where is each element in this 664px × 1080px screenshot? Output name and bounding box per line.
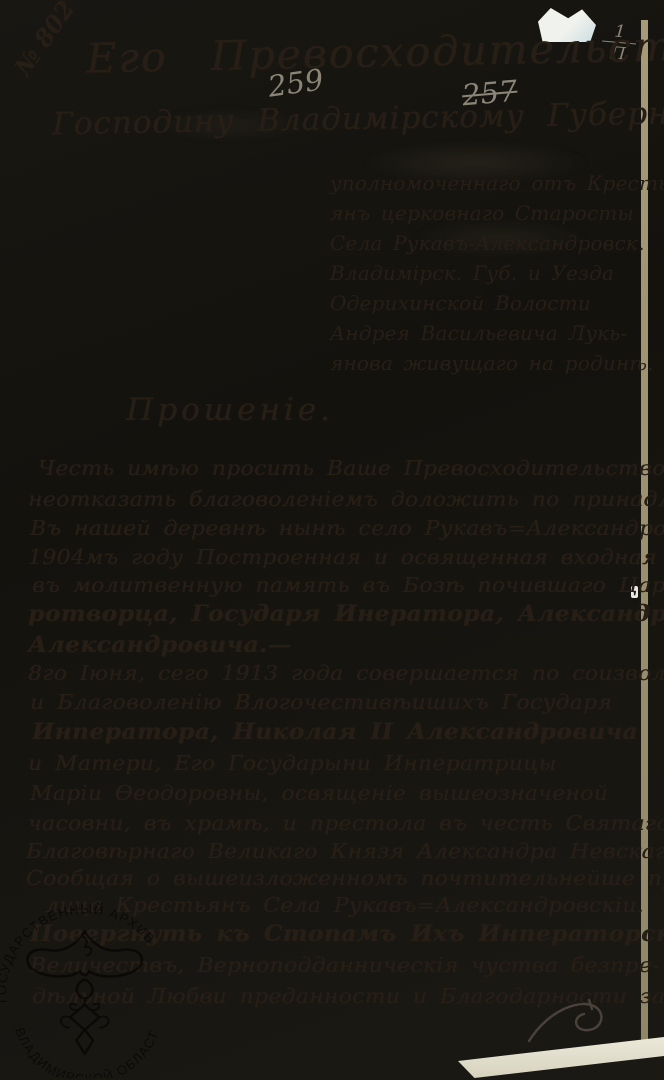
- archive-stamp: ГОСУДАРСТВЕННЫЙ АРХИВ ВЛАДИМИРСКОЙ ОБЛАС…: [0, 900, 192, 1078]
- body-line: и Благоволенію Влогочестивѣишихъ Государ…: [30, 690, 612, 714]
- petitioner-line: янъ церковнаго Старосты: [330, 198, 650, 228]
- petitioner-block: уполномоченнаго отъ Кресть- янъ церковна…: [330, 168, 650, 378]
- body-line: Благовѣрнаго Великаго Князя Александра Н…: [26, 839, 664, 863]
- body-line: неотказать благоволеніемъ доложить по пр…: [28, 487, 664, 511]
- body-line: часовни, въ храмѣ, и престола въ честь С…: [28, 811, 664, 835]
- body-line: Честь имѣю просить Ваше Превосходительст…: [38, 456, 664, 480]
- stamp-top-text: ГОСУДАРСТВЕННЫЙ АРХИВ: [0, 901, 158, 1003]
- body-line: и Матери, Его Государыни Инператрицы: [28, 751, 557, 775]
- petitioner-line: Села Рукавъ-Александровск.: [330, 228, 650, 258]
- petitioner-line: уполномоченнаго отъ Кресть-: [330, 168, 650, 198]
- petitioner-line: Владимірск. Губ. и Уезда: [330, 258, 650, 288]
- body-line: Инператора, Николая II Александровича: [32, 719, 638, 745]
- body-line: Сообщая о вышеизложенномъ почтительнейше…: [26, 866, 664, 890]
- body-line: въ молитвенную память въ Бозѣ почившаго …: [32, 573, 664, 597]
- petitioner-line: Андрея Васильевича Лукь-: [330, 318, 650, 348]
- ink-flourish: [525, 995, 620, 1050]
- petition-title: Прошеніе.: [126, 392, 334, 428]
- body-line: ротворца, Государя Инератора, Александра…: [28, 601, 664, 627]
- body-line: 1904мъ году Построенная и освященная вхо…: [28, 545, 664, 569]
- scanned-document-page: № 802 259 257 1 П Его Превосходительству…: [0, 0, 664, 1080]
- body-line: Александровича.—: [28, 632, 291, 658]
- body-line: Въ нашей деревнѣ нынѣ село Рукавъ=Алекса…: [30, 516, 664, 540]
- svg-text:ГОСУДАРСТВЕННЫЙ АРХИВ: ГОСУДАРСТВЕННЫЙ АРХИВ: [0, 901, 158, 1003]
- petitioner-line: Одерихинской Волости: [330, 288, 650, 318]
- body-line: Маріи Ѳеодоровны, освященіе вышеозначено…: [30, 781, 608, 805]
- petitioner-line: янова живущаго на родинѣ.: [330, 348, 650, 378]
- body-line: 8го Іюня, сего 1913 года совершается по …: [28, 661, 664, 685]
- stamp-emblem-icon: [27, 931, 142, 1054]
